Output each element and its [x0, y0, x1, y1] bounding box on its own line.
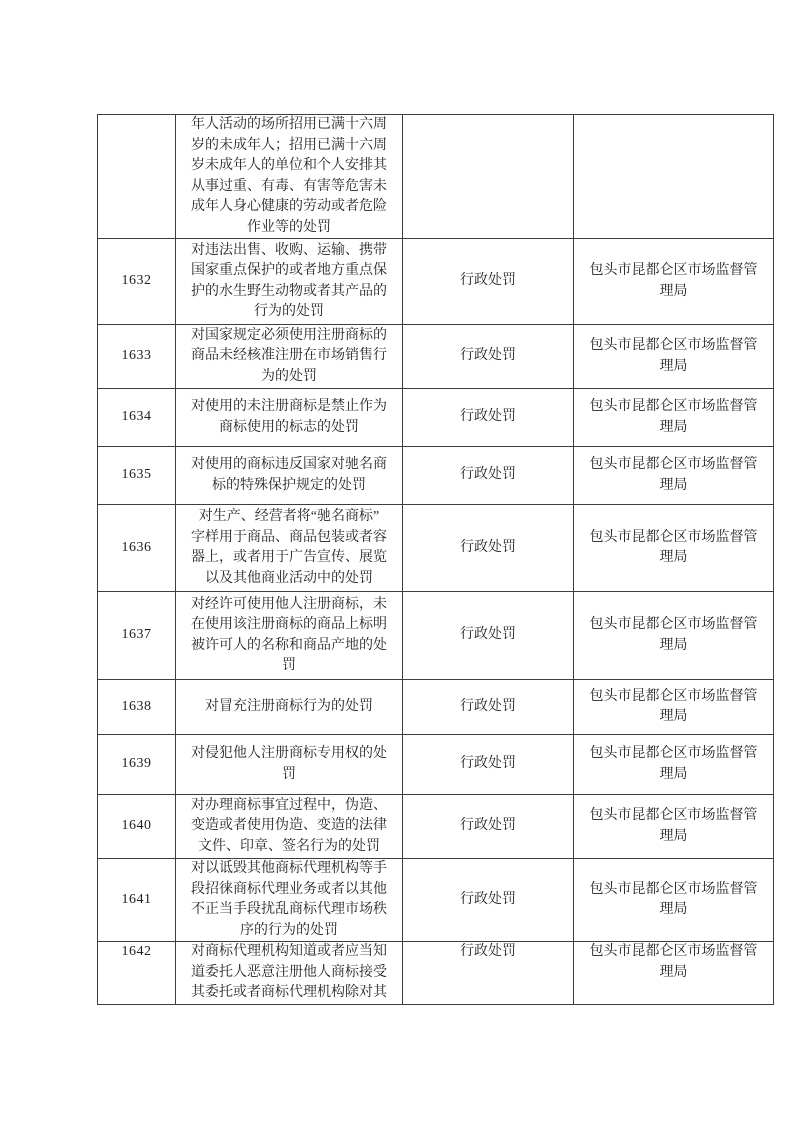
authority-cell: 包头市昆都仑区市场监督管 理局 [574, 942, 774, 1005]
table-row: 1641 对以诋毁其他商标代理机构等手 段招徕商标代理业务或者以其他 不正当手段… [98, 859, 774, 942]
authority-cell: 包头市昆都仑区市场监督管 理局 [574, 592, 774, 680]
authority-cell: 包头市昆都仑区市场监督管 理局 [574, 505, 774, 592]
penalty-type-cell: 行政处罚 [403, 680, 574, 735]
authority-cell: 包头市昆都仑区市场监督管 理局 [574, 680, 774, 735]
authority-cell: 包头市昆都仑区市场监督管 理局 [574, 735, 774, 795]
penalty-type-cell: 行政处罚 [403, 325, 574, 389]
table-row: 1642 对商标代理机构知道或者应当知 道委托人恶意注册他人商标接受 其委托或者… [98, 942, 774, 1005]
penalty-item-cell: 对经许可使用他人注册商标，未 在使用该注册商标的商品上标明 被许可人的名称和商品… [176, 592, 403, 680]
penalty-type-cell: 行政处罚 [403, 795, 574, 859]
row-index-cell: 1633 [98, 325, 176, 389]
row-index-cell: 1635 [98, 447, 176, 505]
table-row: 1632 对违法出售、收购、运输、携带 国家重点保护的或者地方重点保 护的水生野… [98, 239, 774, 325]
document-page: 年人活动的场所招用已满十六周 岁的未成年人；招用已满十六周 岁未成年人的单位和个… [0, 0, 793, 1122]
row-index-cell: 1638 [98, 680, 176, 735]
penalty-item-cell: 对使用的商标违反国家对驰名商 标的特殊保护规定的处罚 [176, 447, 403, 505]
penalty-type-cell: 行政处罚 [403, 735, 574, 795]
penalty-item-cell: 对违法出售、收购、运输、携带 国家重点保护的或者地方重点保 护的水生野生动物或者… [176, 239, 403, 325]
authority-cell: 包头市昆都仑区市场监督管 理局 [574, 447, 774, 505]
penalty-item-cell: 对国家规定必须使用注册商标的 商品未经核准注册在市场销售行 为的处罚 [176, 325, 403, 389]
penalty-table: 年人活动的场所招用已满十六周 岁的未成年人；招用已满十六周 岁未成年人的单位和个… [97, 114, 774, 1005]
penalty-table-body: 年人活动的场所招用已满十六周 岁的未成年人；招用已满十六周 岁未成年人的单位和个… [98, 115, 774, 1005]
authority-cell: 包头市昆都仑区市场监督管 理局 [574, 795, 774, 859]
penalty-type-cell: 行政处罚 [403, 505, 574, 592]
row-index-cell: 1642 [98, 942, 176, 1005]
authority-cell: 包头市昆都仑区市场监督管 理局 [574, 239, 774, 325]
authority-cell: 包头市昆都仑区市场监督管 理局 [574, 859, 774, 942]
penalty-type-cell: 行政处罚 [403, 859, 574, 942]
table-row: 1637 对经许可使用他人注册商标，未 在使用该注册商标的商品上标明 被许可人的… [98, 592, 774, 680]
row-index-cell [98, 115, 176, 239]
penalty-type-cell: 行政处罚 [403, 942, 574, 1005]
row-index-cell: 1637 [98, 592, 176, 680]
penalty-type-cell: 行政处罚 [403, 447, 574, 505]
penalty-item-cell: 对办理商标事宜过程中，伪造、 变造或者使用伪造、变造的法律 文件、印章、签名行为… [176, 795, 403, 859]
penalty-item-cell: 对以诋毁其他商标代理机构等手 段招徕商标代理业务或者以其他 不正当手段扰乱商标代… [176, 859, 403, 942]
row-index-cell: 1636 [98, 505, 176, 592]
row-index-cell: 1639 [98, 735, 176, 795]
authority-cell: 包头市昆都仑区市场监督管 理局 [574, 389, 774, 447]
penalty-item-cell: 对侵犯他人注册商标专用权的处 罚 [176, 735, 403, 795]
penalty-item-cell: 对生产、经营者将“驰名商标” 字样用于商品、商品包装或者容 器上，或者用于广告宣… [176, 505, 403, 592]
authority-cell [574, 115, 774, 239]
table-row: 1640 对办理商标事宜过程中，伪造、 变造或者使用伪造、变造的法律 文件、印章… [98, 795, 774, 859]
table-row: 1638 对冒充注册商标行为的处罚 行政处罚 包头市昆都仑区市场监督管 理局 [98, 680, 774, 735]
penalty-type-cell: 行政处罚 [403, 239, 574, 325]
penalty-item-cell: 对使用的未注册商标是禁止作为 商标使用的标志的处罚 [176, 389, 403, 447]
penalty-item-cell: 对冒充注册商标行为的处罚 [176, 680, 403, 735]
table-row: 1635 对使用的商标违反国家对驰名商 标的特殊保护规定的处罚 行政处罚 包头市… [98, 447, 774, 505]
penalty-type-cell [403, 115, 574, 239]
row-index-cell: 1634 [98, 389, 176, 447]
table-row: 1636 对生产、经营者将“驰名商标” 字样用于商品、商品包装或者容 器上，或者… [98, 505, 774, 592]
penalty-item-cell: 对商标代理机构知道或者应当知 道委托人恶意注册他人商标接受 其委托或者商标代理机… [176, 942, 403, 1005]
penalty-item-cell: 年人活动的场所招用已满十六周 岁的未成年人；招用已满十六周 岁未成年人的单位和个… [176, 115, 403, 239]
row-index-cell: 1632 [98, 239, 176, 325]
table-row: 1639 对侵犯他人注册商标专用权的处 罚 行政处罚 包头市昆都仑区市场监督管 … [98, 735, 774, 795]
authority-cell: 包头市昆都仑区市场监督管 理局 [574, 325, 774, 389]
penalty-type-cell: 行政处罚 [403, 389, 574, 447]
table-row: 1633 对国家规定必须使用注册商标的 商品未经核准注册在市场销售行 为的处罚 … [98, 325, 774, 389]
row-index-cell: 1641 [98, 859, 176, 942]
row-index-cell: 1640 [98, 795, 176, 859]
table-row: 1634 对使用的未注册商标是禁止作为 商标使用的标志的处罚 行政处罚 包头市昆… [98, 389, 774, 447]
table-row: 年人活动的场所招用已满十六周 岁的未成年人；招用已满十六周 岁未成年人的单位和个… [98, 115, 774, 239]
penalty-type-cell: 行政处罚 [403, 592, 574, 680]
